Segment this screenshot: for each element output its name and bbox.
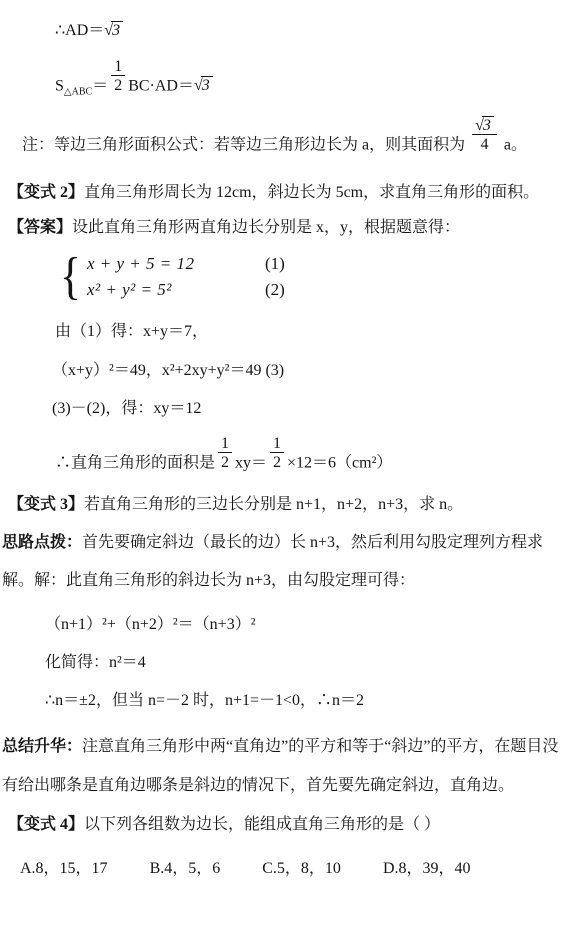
equation-ad-lhs: ∴AD＝ <box>55 22 104 39</box>
equation-system: { x + y + 5 = 12 (1) x² + y² = 5² (2) <box>58 251 571 303</box>
option-b: B.4，5，6 <box>150 858 221 880</box>
equation-triangle-area: S△ABC＝12BC·AD＝√3 <box>55 58 571 99</box>
xy-term: xy＝ <box>235 454 267 471</box>
problem-v3-text: 若直角三角形的三边长分别是 n+1，n+2，n+3，求 n。 <box>84 496 463 513</box>
system-eq-1: x + y + 5 = 12 <box>87 253 239 276</box>
system-eq-2: x² + y² = 5² <box>87 279 239 302</box>
fraction-half: 12 <box>218 435 232 472</box>
conclusion-area-pre: ∴直角三角形的面积是 <box>55 454 215 471</box>
problem-v2: 【变式 2】直角三角形周长为 12cm，斜边长为 5cm，求直角三角形的面积。 <box>8 182 571 204</box>
system-tag-2: (2) <box>265 279 285 302</box>
bc-ad-term: BC·AD＝ <box>128 77 194 94</box>
step-from-eq1: 由（1）得：x+y＝7， <box>55 321 571 343</box>
left-brace: { <box>60 251 81 303</box>
note-suffix: a。 <box>504 136 527 153</box>
step-subtract: (3)－(2)，得：xy＝12 <box>52 398 571 420</box>
problem-v3-tag: 【变式 3】 <box>8 496 84 513</box>
summary-line-1: 总结升华：注意直角三角形中两“直角边”的平方和等于“斜边”的平方，在题目没 <box>2 736 571 758</box>
system-row-2: x² + y² = 5² (2) <box>87 279 285 302</box>
problem-v2-text: 直角三角形周长为 12cm，斜边长为 5cm，求直角三角形的面积。 <box>84 184 539 201</box>
sqrt-3: √3 <box>194 77 213 94</box>
hint-label: 思路点拨： <box>2 534 82 551</box>
fraction-sqrt3-over-4: √34 <box>472 117 497 154</box>
s-symbol: S <box>55 77 64 94</box>
problem-v4: 【变式 4】以下列各组数为边长，能组成直角三角形的是（ ） <box>8 814 571 836</box>
option-d: D.8，39，40 <box>383 858 471 880</box>
system-tag-1: (1) <box>265 253 285 276</box>
answer-text: 设此直角三角形两直角边长分别是 x，y，根据题意得： <box>72 219 460 236</box>
answer-line: 【答案】设此直角三角形两直角边长分别是 x，y，根据题意得： <box>8 217 571 239</box>
summary-label: 总结升华： <box>2 738 82 755</box>
choice-options: A.8，15，17 B.4，5，6 C.5，8，10 D.8，39，40 <box>20 858 571 880</box>
option-a: A.8，15，17 <box>20 858 108 880</box>
step-expand-square: （x+y）²＝49，x²+2xy+y²＝49 (3) <box>52 360 571 382</box>
hint-text: 首先要确定斜边（最长的边）长 n+3，然后利用勾股定理列方程求 <box>82 534 543 551</box>
conclusion-area: ∴直角三角形的面积是12xy＝12×12＝6（cm²） <box>55 435 571 474</box>
problem-v2-tag: 【变式 2】 <box>8 184 84 201</box>
problem-v3: 【变式 3】若直角三角形的三边长分别是 n+1，n+2，n+3，求 n。 <box>8 494 571 516</box>
problem-v4-text: 以下列各组数为边长，能组成直角三角形的是（ ） <box>84 816 440 833</box>
fraction-half: 12 <box>111 58 125 95</box>
problem-v4-tag: 【变式 4】 <box>8 816 84 833</box>
hint-line-2: 解。解：此直角三角形的斜边长为 n+3，由勾股定理可得： <box>2 570 571 592</box>
abc-subscript: △ABC <box>64 86 92 97</box>
sqrt-3: √3 <box>104 22 123 39</box>
note-formula: 注：等边三角形面积公式：若等边三角形边长为 a，则其面积为 √34 a。 <box>22 117 571 156</box>
n-result-line: ∴n＝±2，但当 n=－2 时，n+1=－1<0，∴n＝2 <box>45 690 571 712</box>
pythagoras-equation: （n+1）²+（n+2）²＝（n+3）² <box>45 614 571 636</box>
hint-line-1: 思路点拨：首先要确定斜边（最长的边）长 n+3，然后利用勾股定理列方程求 <box>2 532 571 554</box>
answer-tag: 【答案】 <box>8 219 72 236</box>
document-page: ∴AD＝√3 S△ABC＝12BC·AD＝√3 注：等边三角形面积公式：若等边三… <box>0 0 575 927</box>
note-text: 注：等边三角形面积公式：若等边三角形边长为 a，则其面积为 <box>22 136 465 153</box>
summary-text-1: 注意直角三角形中两“直角边”的平方和等于“斜边”的平方，在题目没 <box>82 738 558 755</box>
area-result: ×12＝6（cm²） <box>287 454 392 471</box>
fraction-half: 12 <box>270 435 284 472</box>
equation-ad: ∴AD＝√3 <box>55 20 571 42</box>
option-c: C.5，8，10 <box>262 858 341 880</box>
summary-line-2: 有给出哪条是直角边哪条是斜边的情况下，首先要先确定斜边，直角边。 <box>2 775 571 797</box>
system-row-1: x + y + 5 = 12 (1) <box>87 253 285 276</box>
simplify-line: 化简得：n²＝4 <box>45 652 571 674</box>
